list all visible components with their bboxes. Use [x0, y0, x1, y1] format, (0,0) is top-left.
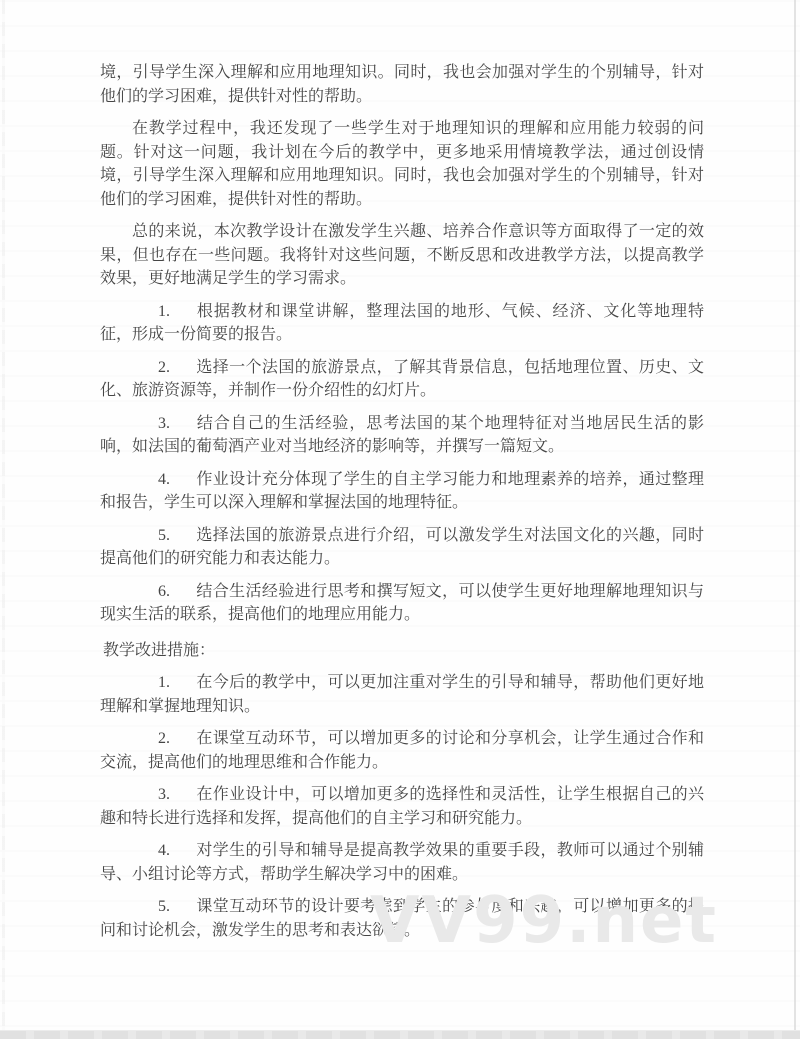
page-right-edge — [794, 0, 796, 1039]
page-left-edge — [2, 0, 5, 1039]
list-item: 4.对学生的引导和辅导是提高教学效果的重要手段，教师可以通过个别辅导、小组讨论等… — [100, 839, 704, 886]
list-item: 1.在今后的教学中，可以更加注重对学生的引导和辅导，帮助他们更好地理解和掌握地理… — [100, 671, 704, 718]
document-page-content: 境，引导学生深入理解和应用地理知识。同时，我也会加强对学生的个别辅导，针对他们的… — [100, 61, 704, 951]
list-number: 5. — [158, 895, 196, 919]
list-item: 5.选择法国的旅游景点进行介绍，可以激发学生对法国文化的兴趣，同时提高他们的研究… — [100, 524, 704, 571]
list-item: 6.结合生活经验进行思考和撰写短文，可以使学生更好地理解地理知识与现实生活的联系… — [100, 580, 704, 627]
list-number: 6. — [158, 580, 196, 604]
page-bottom-edge — [0, 1030, 800, 1039]
list-number: 3. — [158, 412, 196, 436]
list-item: 3.在作业设计中，可以增加更多的选择性和灵活性，让学生根据自己的兴趣和特长进行选… — [100, 783, 704, 830]
list-item: 2.在课堂互动环节，可以增加更多的讨论和分享机会，让学生通过合作和交流，提高他们… — [100, 727, 704, 774]
list-item: 1.根据教材和课堂讲解，整理法国的地形、气候、经济、文化等地理特征，形成一份简要… — [100, 300, 704, 347]
list-item: 5.课堂互动环节的设计要考虑到学生的参与度和兴趣，可以增加更多的提问和讨论机会，… — [100, 895, 704, 942]
list-item: 3.结合自己的生活经验，思考法国的某个地理特征对当地居民生活的影响，如法国的葡萄… — [100, 412, 704, 459]
paragraph-teaching-process: 在教学过程中，我还发现了一些学生对于地理知识的理解和应用能力较弱的问题。针对这一… — [100, 117, 704, 211]
list-number: 2. — [158, 727, 196, 751]
list-number: 3. — [158, 783, 196, 807]
list-number: 5. — [158, 524, 196, 548]
section-heading-improvement-measures: 教学改进措施： — [100, 639, 704, 663]
list-number: 1. — [158, 300, 196, 324]
list-number: 1. — [158, 671, 196, 695]
list-number: 4. — [158, 839, 196, 863]
paragraph-continuation: 境，引导学生深入理解和应用地理知识。同时，我也会加强对学生的个别辅导，针对他们的… — [100, 61, 704, 108]
list-number: 4. — [158, 468, 196, 492]
list-number: 2. — [158, 356, 196, 380]
list-item: 4.作业设计充分体现了学生的自主学习能力和地理素养的培养，通过整理和报告，学生可… — [100, 468, 704, 515]
paragraph-summary: 总的来说，本次教学设计在激发学生兴趣、培养合作意识等方面取得了一定的效果，但也存… — [100, 220, 704, 291]
list-item: 2.选择一个法国的旅游景点，了解其背景信息，包括地理位置、历史、文化、旅游资源等… — [100, 356, 704, 403]
